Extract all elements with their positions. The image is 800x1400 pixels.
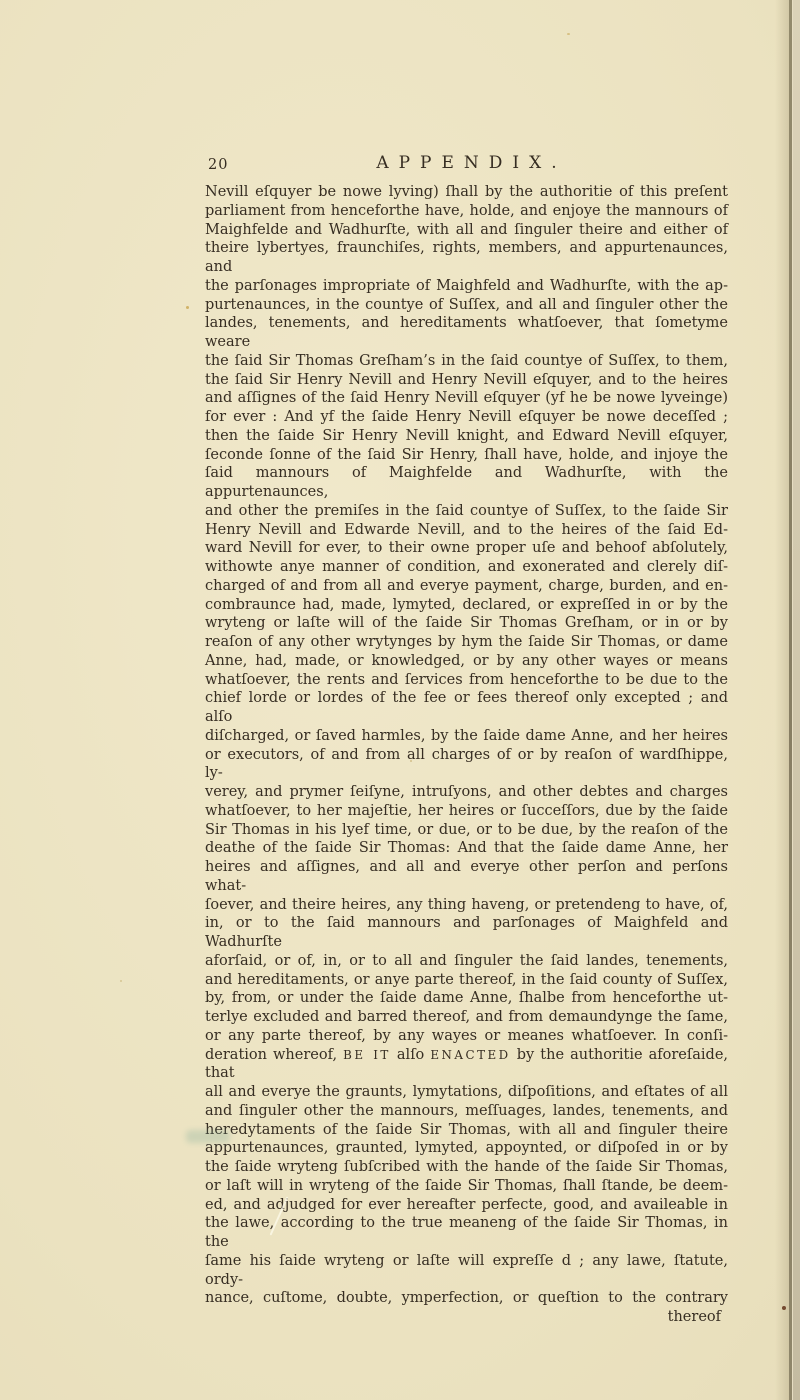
text-line: or laſt will in wryteng of the ſaide Sir… [205,1177,728,1196]
text-line: the ſaid Sir Thomas Greſham’s in the ſai… [205,352,728,371]
text-line: and aſſignes of the ſaid Henry Nevill eſ… [205,389,728,408]
text-line: withowte anye manner of condition, and e… [205,558,728,577]
text-line: wryteng or laſte will of the ſaide Sir T… [205,614,728,633]
page-title: APPENDIX. [205,153,728,173]
page-edge-shadow [775,0,789,1400]
text-line: verey, and prymer ſeiſyne, intruſyons, a… [205,783,728,802]
catchword: thereof [205,1308,728,1327]
text-line: charged of and from all and everye payme… [205,577,728,596]
text-line: or executors, of and from all charges of… [205,746,728,784]
scanned-book-page: 20 APPENDIX. Nevill eſquyer be nowe lyvi… [0,0,800,1400]
text-line: diſcharged, or ſaved harmles, by the ſai… [205,727,728,746]
text-line: aforſaid, or of, in, or to all and ſingu… [205,952,728,971]
text-line: the parſonages impropriate of Maighfeld … [205,277,728,296]
text-line: Nevill eſquyer be nowe lyving) ſhall by … [205,183,728,202]
body-text: Nevill eſquyer be nowe lyving) ſhall by … [205,183,728,1327]
text-line: ſoever, and theire heires, any thing hav… [205,896,728,915]
text-line: Henry Nevill and Edwarde Nevill, and to … [205,521,728,540]
text-line: the ſaide wryteng ſubſcribed with the ha… [205,1158,728,1177]
text-line: heredytaments of the ſaide Sir Thomas, w… [205,1121,728,1140]
text-line: terlye excluded and barred thereof, and … [205,1008,728,1027]
paper-speck [120,980,122,982]
page-edge-strip [792,0,800,1400]
text-line: ward Nevill for ever, to their owne prop… [205,539,728,558]
text-line: then the ſaide Sir Henry Nevill knight, … [205,427,728,446]
text-line: the ſaid Sir Henry Nevill and Henry Nevi… [205,371,728,390]
text-line: whatſoever, to her majeſtie, her heires … [205,802,728,821]
text-line: Sir Thomas in his lyef time, or due, or … [205,821,728,840]
paper-speck [410,760,412,762]
text-line: or any parte thereof, by any wayes or me… [205,1027,728,1046]
text-line: and hereditaments, or anye parte thereof… [205,971,728,990]
text-line: heires and aſſignes, and all and everye … [205,858,728,896]
page-header: 20 APPENDIX. [205,153,728,179]
text-line: landes, tenements, and hereditaments wha… [205,314,728,352]
text-line: reaſon of any other wrytynges by hym the… [205,633,728,652]
text-line: in, or to the ſaid mannours and parſonag… [205,914,728,952]
text-line: parliament from henceforthe have, holde,… [205,202,728,221]
text-line: for ever : And yf the ſaide Henry Nevill… [205,408,728,427]
text-line: Maighfelde and Wadhurſte, with all and ſ… [205,221,728,240]
text-line: deathe of the ſaide Sir Thomas: And that… [205,839,728,858]
text-line: and other the premiſes in the ſaid count… [205,502,728,521]
paper-speck [186,306,189,309]
text-line: the lawe, according to the true meaneng … [205,1214,728,1252]
text-line: chief lorde or lordes of the fee or fees… [205,689,728,727]
paper-speck [567,33,570,35]
text-line: combraunce had, made, lymyted, declared,… [205,596,728,615]
text-line: appurtenaunces, graunted, lymyted, appoy… [205,1139,728,1158]
text-line: purtenaunces, in the countye of Suſſex, … [205,296,728,315]
text-line: Anne, had, made, or knowledged, or by an… [205,652,728,671]
text-line: ſaid mannours of Maighfelde and Wadhurſt… [205,464,728,502]
text-line: theire lybertyes, fraunchiſes, rights, m… [205,239,728,277]
text-line: deration whereof, BE IT alſo ENACTED by … [205,1046,728,1084]
text-line: by, from, or under the ſaide dame Anne, … [205,989,728,1008]
text-line: whatſoever, the rents and ſervices from … [205,671,728,690]
ink-show-through-mark [186,1130,230,1143]
text-line: ſeconde ſonne of the ſaid Sir Henry, ſha… [205,446,728,465]
text-line: and ſinguler other the mannours, meſſuag… [205,1102,728,1121]
text-line: all and everye the graunts, lymytations,… [205,1083,728,1102]
text-line: nance, cuſtome, doubte, ymperfection, or… [205,1289,728,1308]
text-line: ſame his ſaide wryteng or laſte will exp… [205,1252,728,1290]
